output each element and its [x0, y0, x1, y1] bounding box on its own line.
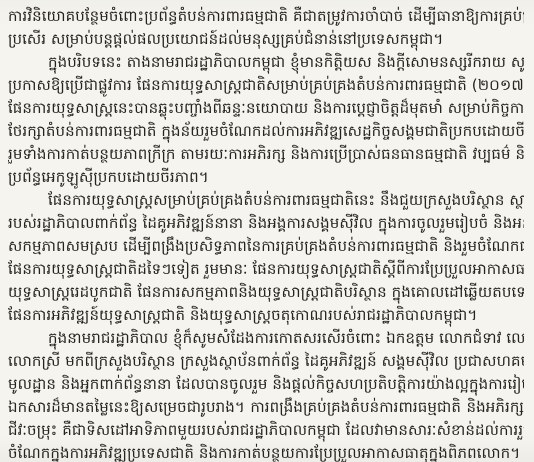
- text-line: លោកស្រី មកពីក្រសួងបរិស្ថាន ក្រសួងស្ថាប័ន…: [8, 350, 524, 373]
- paragraph: ក្នុងនាមរាជរដ្ឋាភិបាល ខ្ញុំក៏សូមសំដែងការ…: [8, 327, 524, 462]
- paragraph: ផែនការយុទ្ធសាស្រ្តសម្រាប់គ្រប់គ្រងតំបន់ក…: [8, 189, 524, 327]
- text-line: ប្រកាសឱ្យប្រើជាផ្លូវការ ផែនការយុទ្ធសាស្រ…: [8, 74, 524, 97]
- paragraph: ក្នុងបរិបទនេះ តាងនាមរាជរដ្ឋាភិបាលកម្ពុជា…: [8, 51, 524, 189]
- text-line: សកម្មភាពសមស្រប ដើម្បីពង្រឹងប្រសិទ្ធភាពនៃ…: [8, 235, 524, 258]
- text-line: ជីវៈចម្រុះ គឺជាទិសដៅអាទិភាពមួយរបស់រាជរដ្…: [8, 419, 524, 442]
- text-line: របស់រដ្ឋាភិបាលពាក់ព័ន្ធ ដៃគូអភិវឌ្ឍន៍នាន…: [8, 212, 524, 235]
- text-line: ប្រព័ន្ធអេកូឡូស៊ីប្រកបដោយចីរភាព។: [8, 166, 524, 189]
- text-line: ក្នុងបរិបទនេះ តាងនាមរាជរដ្ឋាភិបាលកម្ពុជា…: [8, 51, 524, 74]
- document-page: ការវិនិយោគបន្ថែមចំពោះប្រព័ន្ធតំបន់ការពារ…: [0, 0, 534, 462]
- text-line: ផែនការអភិវឌ្ឍន៍យុទ្ធសាស្រ្តជាតិ និងយុទ្ធ…: [8, 304, 524, 327]
- text-line: ឯកសារដ៏មានតម្លៃនេះឱ្យសម្រេចជារូបរាង។ ការ…: [8, 396, 524, 419]
- text-line: យុទ្ធសាស្រ្តរេដបូកជាតិ ផែនការសកម្មភាពនិង…: [8, 281, 524, 304]
- text-line: ផែនការយុទ្ធសាស្រ្តសម្រាប់គ្រប់គ្រងតំបន់ក…: [8, 189, 524, 212]
- text-line: ថែរក្សាតំបន់ការពារធម្មជាតិ ក្នុងន័យរួមចំ…: [8, 120, 524, 143]
- text-line: ផែនការយុទ្ធសាស្រ្តជាតិដទៃៗទៀត រួមមានៈ ផែ…: [8, 258, 524, 281]
- document-text-block: ការវិនិយោគបន្ថែមចំពោះប្រព័ន្ធតំបន់ការពារ…: [8, 5, 524, 462]
- text-line: មូលដ្ឋាន និងអ្នកពាក់ព័ន្ធនានា ដែលបានចូលរ…: [8, 373, 524, 396]
- text-line: ប្រសើរ សម្រាប់បន្តផ្តល់ផលប្រយោជន៍ដល់មនុស…: [8, 28, 524, 51]
- text-line: ចំណែកក្នុងការអភិវឌ្ឍប្រទេសជាតិ និងការកាត…: [8, 442, 524, 462]
- paragraph: ការវិនិយោគបន្ថែមចំពោះប្រព័ន្ធតំបន់ការពារ…: [8, 5, 524, 51]
- text-line: ក្នុងនាមរាជរដ្ឋាភិបាល ខ្ញុំក៏សូមសំដែងការ…: [8, 327, 524, 350]
- text-line: ការវិនិយោគបន្ថែមចំពោះប្រព័ន្ធតំបន់ការពារ…: [8, 5, 524, 28]
- text-line: រួមទាំងការកាត់បន្ថយភាពក្រីក្រ តាមរយៈការអ…: [8, 143, 524, 166]
- text-line: ផែនការយុទ្ធសាស្រ្តនេះបានឆ្លុះបញ្ចាំងពីឆន…: [8, 97, 524, 120]
